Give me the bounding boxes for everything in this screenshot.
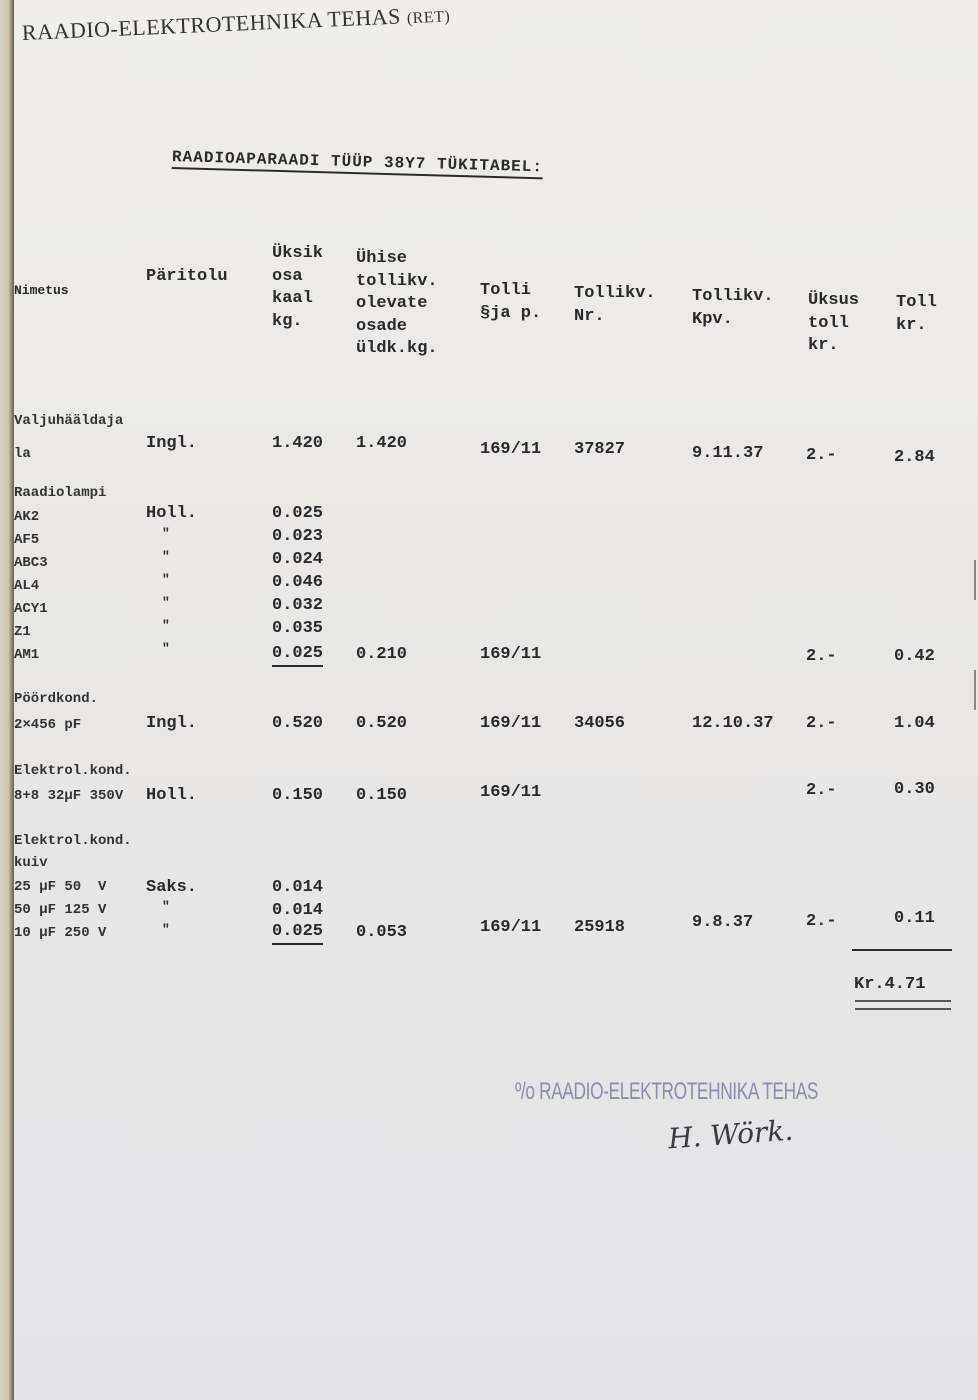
item-total-weight: 1.420 — [356, 432, 407, 455]
item-origin-ditto: " — [162, 591, 170, 614]
item-sub-name: Z1 — [14, 621, 31, 643]
sum-rule — [852, 949, 952, 951]
item-origin: Holl. — [146, 502, 197, 525]
item-tariff: 169/11 — [480, 438, 541, 461]
item-origin-ditto: " — [162, 522, 170, 545]
item-origin-ditto: " — [162, 614, 170, 637]
item-origin-ditto: " — [162, 895, 170, 918]
item-unit-duty: 2.- — [806, 712, 837, 735]
column-header-uhise-kaal: Ühise tollikv. olevate osade üldk.kg. — [356, 248, 438, 361]
item-sub-name: 50 µF 125 V — [14, 899, 106, 921]
item-sub-name: ACY1 — [14, 598, 48, 620]
item-sub-name: la — [14, 443, 31, 465]
item-weight: 0.520 — [272, 712, 323, 735]
item-cert-date: 12.10.37 — [692, 712, 774, 735]
column-header-paritolu: Päritolu — [146, 266, 228, 289]
item-weight: 1.420 — [272, 432, 323, 455]
margin-mark — [974, 560, 976, 600]
column-header-nimetus: Nimetus — [14, 280, 69, 303]
item-cert-no: 25918 — [574, 916, 625, 939]
item-origin-ditto: " — [162, 918, 170, 941]
item-group-subheader: kuiv — [14, 852, 48, 874]
item-weight: 0.150 — [272, 784, 323, 807]
item-sub-name: AK2 — [14, 506, 39, 528]
item-total-weight: 0.150 — [356, 784, 407, 807]
item-duty: 1.04 — [894, 712, 935, 735]
item-weight: 0.032 — [272, 594, 323, 617]
item-cert-date: 9.8.37 — [692, 911, 753, 934]
item-unit-duty: 2.- — [806, 910, 837, 933]
company-stamp: º/o RAADIO-ELEKTROTEHNIKA TEHAS — [515, 1078, 818, 1106]
item-weight: 0.014 — [272, 876, 323, 899]
item-duty: 0.30 — [894, 778, 935, 801]
item-group-name: Elektrol.kond. — [14, 830, 132, 852]
item-origin: Ingl. — [146, 432, 197, 455]
margin-mark — [974, 670, 976, 710]
item-duty: 0.42 — [894, 645, 935, 668]
total-double-rule — [855, 1000, 951, 1010]
item-sub-name: AL4 — [14, 575, 39, 597]
letterhead-abbr: (RET) — [406, 8, 450, 27]
item-duty: 2.84 — [894, 446, 935, 469]
item-group-name: Raadiolampi — [14, 482, 106, 504]
item-sub-name: ABC3 — [14, 552, 48, 574]
item-weight: 0.024 — [272, 548, 323, 571]
item-origin-ditto: " — [162, 545, 170, 568]
item-cert-no: 34056 — [574, 712, 625, 735]
item-weight: 0.025 — [272, 502, 323, 525]
total-amount: Kr.4.71 — [854, 973, 925, 996]
item-total-weight: 0.520 — [356, 712, 407, 735]
item-origin-ditto: " — [162, 637, 170, 660]
letterhead-company: RAADIO-ELEKTROTEHNIKA TEHAS — [21, 3, 401, 45]
item-unit-duty: 2.- — [806, 444, 837, 467]
item-tariff: 169/11 — [480, 643, 541, 666]
column-header-tollikv-nr: Tollikv. Nr. — [574, 283, 656, 328]
item-unit-duty: 2.- — [806, 779, 837, 802]
item-sub-name: 8+8 32µF 350V — [14, 785, 123, 807]
item-group-name: Valjuhääldaja — [14, 410, 123, 432]
item-tariff: 169/11 — [480, 916, 541, 939]
item-sub-name: 2×456 pF — [14, 714, 81, 736]
column-header-tolli-para: Tolli §ja p. — [480, 280, 541, 325]
item-weight-underlined: 0.025 — [272, 642, 323, 667]
item-sub-name: 10 µF 250 V — [14, 922, 106, 944]
item-total-weight: 0.210 — [356, 643, 407, 666]
column-header-uksik-kaal: Üksik osa kaal kg. — [272, 243, 323, 333]
item-sub-name: AF5 — [14, 529, 39, 551]
item-tariff: 169/11 — [480, 781, 541, 804]
item-weight: 0.046 — [272, 571, 323, 594]
column-header-toll-kr: Toll kr. — [896, 292, 937, 337]
item-cert-no: 37827 — [574, 438, 625, 461]
page-binding-edge — [0, 0, 14, 1400]
signature: H. Wörk. — [667, 1114, 794, 1156]
item-group-name: Elektrol.kond. — [14, 760, 132, 782]
item-sub-name: AM1 — [14, 644, 39, 666]
page-title: RAADIOAPARAADI TÜÜP 38Y7 TÜKITABEL: — [172, 148, 544, 179]
item-weight: 0.023 — [272, 525, 323, 548]
column-header-tollikv-kpv: Tollikv. Kpv. — [692, 286, 774, 331]
item-tariff: 169/11 — [480, 712, 541, 735]
item-origin: Holl. — [146, 784, 197, 807]
item-duty: 0.11 — [894, 907, 935, 930]
item-group-name: Pöördkond. — [14, 688, 98, 710]
item-sub-name: 25 µF 50 V — [14, 876, 106, 898]
item-weight: 0.014 — [272, 899, 323, 922]
column-header-uksus-toll: Üksus toll kr. — [808, 290, 859, 358]
item-weight-underlined: 0.025 — [272, 920, 323, 945]
item-weight: 0.035 — [272, 617, 323, 640]
item-origin-ditto: " — [162, 568, 170, 591]
item-origin: Saks. — [146, 876, 197, 899]
item-origin: Ingl. — [146, 712, 197, 735]
item-cert-date: 9.11.37 — [692, 442, 763, 465]
item-unit-duty: 2.- — [806, 645, 837, 668]
item-total-weight: 0.053 — [356, 921, 407, 944]
letterhead: RAADIO-ELEKTROTEHNIKA TEHAS (RET) — [21, 1, 450, 46]
